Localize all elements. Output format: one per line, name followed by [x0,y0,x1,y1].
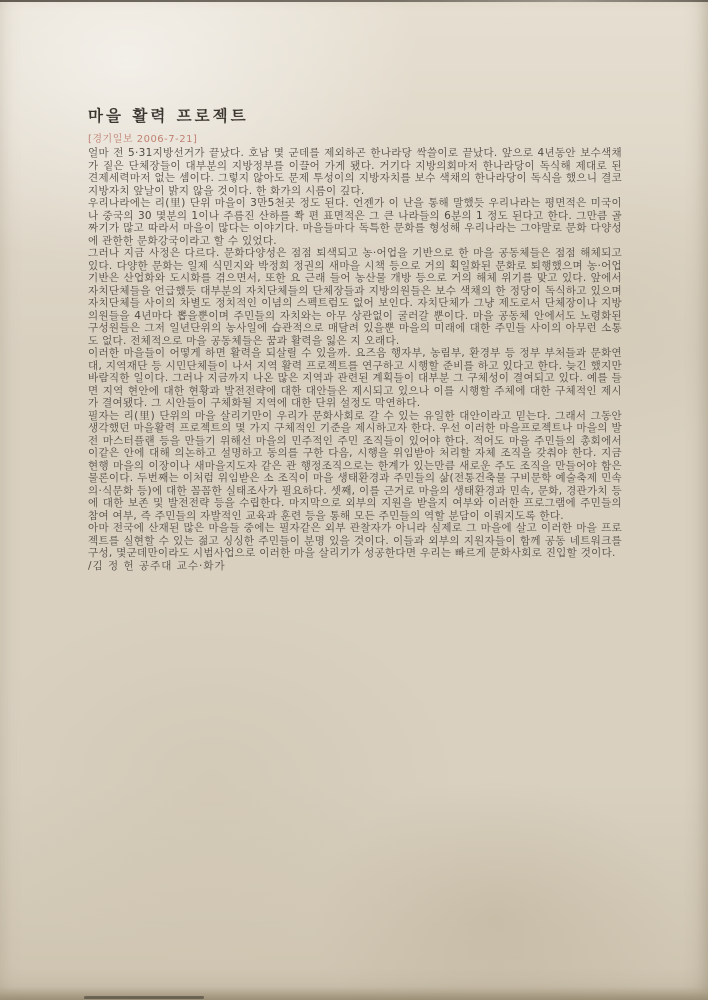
article-paragraph: 필자는 리(里) 단위의 마을 살리기만이 우리가 문화사회로 갈 수 있는 유… [88,410,622,523]
article-paragraph: 그러나 지금 사정은 다르다. 문화다양성은 점점 퇴색되고 농·어업을 기반으… [88,247,622,347]
article-paragraph: 아마 전국에 산재된 많은 마을들 중에는 필자같은 외부 관찰자가 아니라 실… [88,522,622,560]
scan-bottom-edge-mark [84,996,204,999]
article-title: 마을 활력 프로젝트 [88,104,622,126]
scan-top-edge [0,0,708,2]
article-body: 얼마 전 5·31지방선거가 끝났다. 호남 몇 군데를 제외하곤 한나라당 싹… [88,147,622,560]
scanned-newspaper-page: 마을 활력 프로젝트 [경기일보 2006-7-21] 얼마 전 5·31지방선… [0,0,708,1000]
article-paragraph: 이러한 마을들이 어떻게 하면 활력을 되살릴 수 있을까. 요즈음 행자부, … [88,347,622,410]
article-paragraph: 얼마 전 5·31지방선거가 끝났다. 호남 몇 군데를 제외하곤 한나라당 싹… [88,147,622,197]
article-source-date: [경기일보 2006-7-21] [88,130,622,145]
article-byline: /김 정 헌 공주대 교수·화가 [88,560,622,573]
article-paragraph: 우리나라에는 리(里) 단위 마을이 3만5천곳 정도 된다. 언젠가 이 난을… [88,197,622,247]
article: 마을 활력 프로젝트 [경기일보 2006-7-21] 얼마 전 5·31지방선… [88,104,622,572]
